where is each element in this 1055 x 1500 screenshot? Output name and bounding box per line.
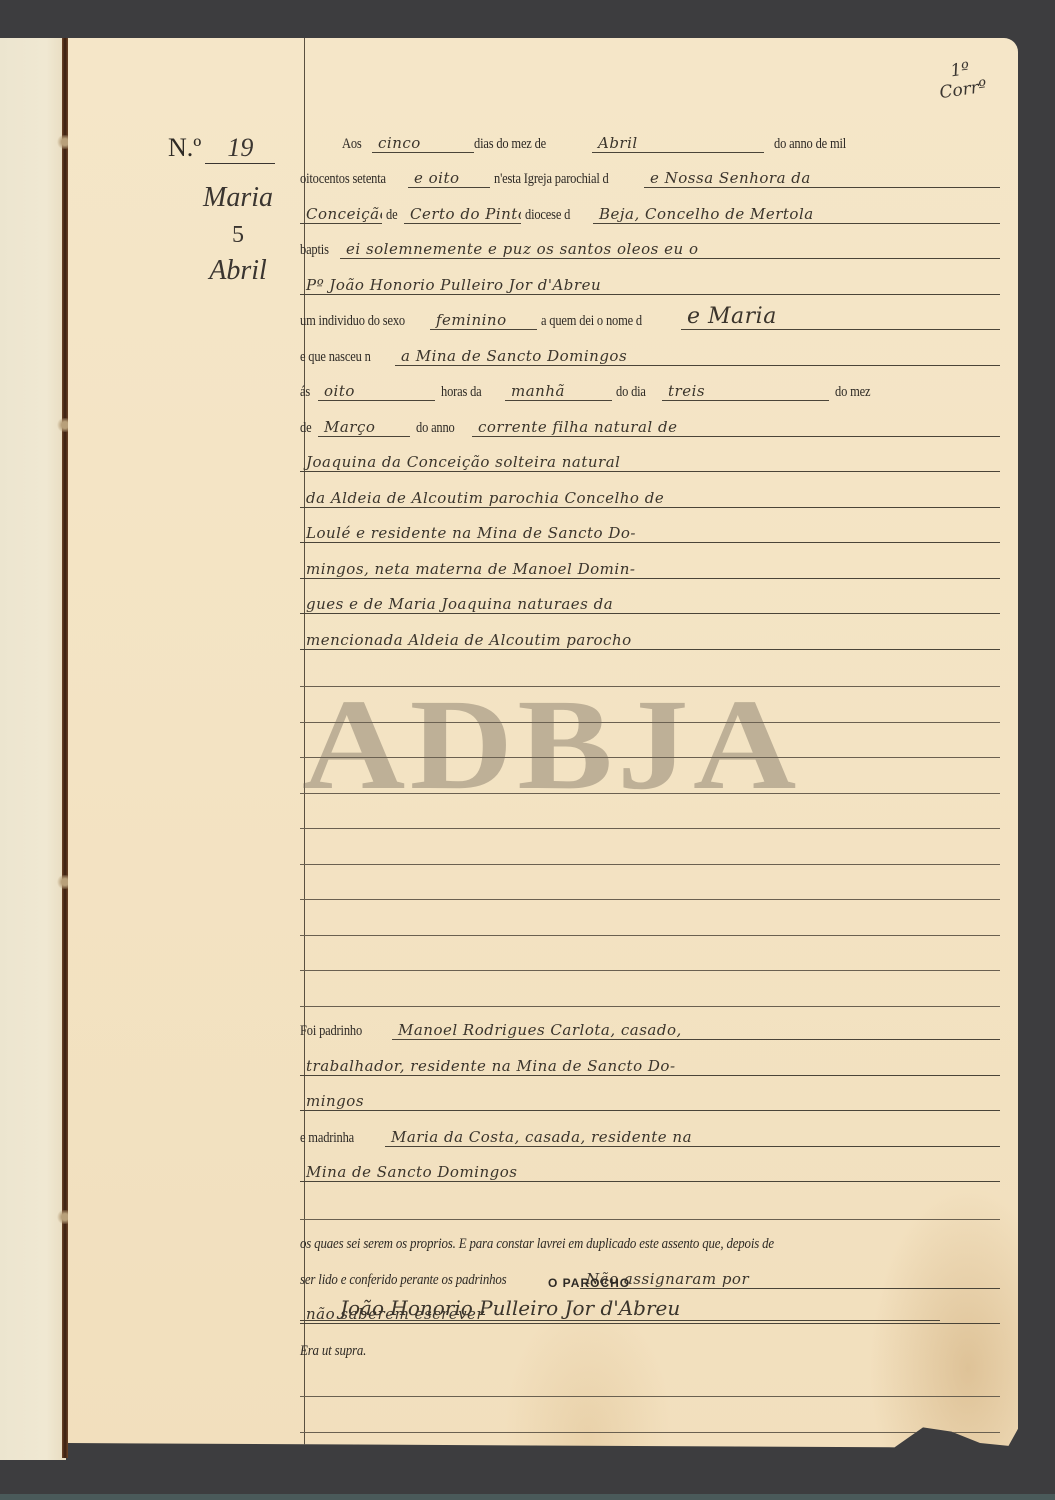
godfather-written: trabalhador, residente na Mina de Sancto… [300,1057,1000,1076]
printed-text: oitocentos setenta [300,171,393,188]
record-line-7: e que nasceu n a Mina de Sancto Domingos [300,334,1000,370]
hour-written: oito [318,382,435,401]
godfather-label: Foi padrinho [300,1023,379,1040]
printed-text: do anno de mil [774,136,846,153]
printed-text: um individuo do sexo [300,313,412,330]
margin-day: 5 [168,222,308,249]
printed-text: Aos [342,136,368,153]
month-written: Abril [592,134,764,153]
blank-ruled-line [300,1364,1000,1400]
record-line-10: Joaquina da Conceição solteira natural [300,441,1000,477]
godmother-line-2: Mina de Sancto Domingos [300,1151,1000,1187]
blank-ruled-line [300,902,1000,938]
printed-text: baptis [300,242,334,259]
scan-background-strip [0,1494,1055,1500]
handwritten-line: da Aldeia de Alcoutim parochia Concelho … [300,489,1000,508]
printed-text: dias do mez de [474,136,575,153]
record-line-11: da Aldeia de Alcoutim parochia Concelho … [300,476,1000,512]
record-line-6: um individuo do sexo feminino a quem dei… [300,299,1000,335]
godmother-written: Mina de Sancto Domingos [300,1163,1000,1182]
birthplace-written: a Mina de Sancto Domingos [395,347,1000,366]
handwritten-line: gues e de Maria Joaquina naturaes da [300,595,1000,614]
signature-note-written: Não assignaram por [580,1270,1000,1289]
margin-month: Abril [168,255,308,287]
birth-month-written: Março [318,418,410,437]
record-number-label: N.º [168,133,201,163]
printed-text: e que nasceu n [300,349,382,366]
blank-ruled-line [300,1186,1000,1222]
blank-ruled-line [300,938,1000,974]
godfather-line-2: trabalhador, residente na Mina de Sancto… [300,1044,1000,1080]
printed-text: de [386,207,401,224]
closing-line-2: ser lido e conferido perante os padrinho… [300,1257,1000,1293]
godmother-label: e madrinha [300,1130,373,1147]
record-line-8: ás oito horas da manhã do dia treis do m… [300,370,1000,406]
closing-text: ser lido e conferido perante os padrinho… [300,1272,541,1289]
day-written: cinco [372,134,474,153]
blank-ruled-line [300,1399,1000,1435]
record-number: 19 [205,133,275,164]
handwritten-line: mingos, neta materna de Manoel Domin- [300,560,1000,579]
printed-text: do anno [416,420,464,437]
blank-ruled-line [300,867,1000,903]
blank-ruled-line [300,1435,1000,1471]
margin-summary: N.º 19 Maria 5 Abril [168,133,308,287]
record-line-1: Aos cinco dias do mez de Abril do anno d… [300,121,1000,157]
printed-text: ás [300,384,315,401]
printed-text: n'esta Igreja parochial d [494,171,623,188]
parish-priest-title: O PAROCHO [548,1276,630,1290]
record-line-2: oitocentos setenta e oito n'esta Igreja … [300,157,1000,193]
godfather-written: mingos [300,1092,1000,1111]
blank-ruled-line [300,973,1000,1009]
year-written: e oito [408,169,490,188]
child-name-written: e Maria [681,304,1000,330]
sex-written: feminino [430,311,537,330]
record-line-5: Pº João Honorio Pulleiro Jor d'Abreu [300,263,1000,299]
blank-ruled-line [300,831,1000,867]
record-line-14: gues e de Maria Joaquina naturaes da [300,583,1000,619]
archive-watermark: ADBJA [302,670,801,820]
godfather-line-1: Foi padrinho Manoel Rodrigues Carlota, c… [300,1009,1000,1045]
record-line-4: baptis ei solemnemente e puz os santos o… [300,228,1000,264]
record-line-9: de Março do anno corrente filha natural … [300,405,1000,441]
godmother-line-1: e madrinha Maria da Costa, casada, resid… [300,1115,1000,1151]
parish-written: Conceição [300,205,382,224]
era-line: Era ut supra. [300,1328,1000,1364]
printed-text: de [300,420,315,437]
godmother-written: Maria da Costa, casada, residente na [385,1128,1000,1147]
corner-annotation: 1º Corrº [935,57,988,103]
place-written: Certo do Pinto [404,205,521,224]
left-page-edge [0,38,66,1460]
printed-text: horas da [441,384,496,401]
record-line-15: mencionada Aldeia de Alcoutim parocho [300,618,1000,654]
godfather-line-3: mingos [300,1080,1000,1116]
record-line-13: mingos, neta materna de Manoel Domin- [300,547,1000,583]
baptism-text-written: ei solemnemente e puz os santos oleos eu… [340,240,1000,259]
period-written: manhã [505,382,612,401]
priest-name-written: Pº João Honorio Pulleiro Jor d'Abreu [300,276,1000,295]
handwritten-line: Joaquina da Conceição solteira natural [300,453,1000,472]
printed-text: a quem dei o nome d [541,313,661,330]
record-line-3: Conceição de Certo do Pinto diocese d Be… [300,192,1000,228]
printed-text: do mez [835,384,870,401]
handwritten-line: Loulé e residente na Mina de Sancto Do- [300,524,1000,543]
godfather-written: Manoel Rodrigues Carlota, casado, [392,1021,1000,1040]
handwritten-line: mencionada Aldeia de Alcoutim parocho [300,631,1000,650]
diocese-written: Beja, Concelho de Mertola [593,205,1000,224]
printed-text: diocese d [525,207,583,224]
margin-name: Maria [168,182,308,214]
closing-line-1: os quaes sei serem os proprios. E para c… [300,1222,1000,1258]
book-binding [62,38,68,1458]
parish-priest-signature: João Honorio Pulleiro Jor d'Abreu [300,1296,940,1321]
filiation-written: corrente filha natural de [472,418,1000,437]
parish-written: e Nossa Senhora da [644,169,1000,188]
printed-text: do dia [616,384,656,401]
record-line-12: Loulé e residente na Mina de Sancto Do- [300,512,1000,548]
birth-day-written: treis [662,382,829,401]
era-ut-supra: Era ut supra. [300,1343,366,1360]
closing-text: os quaes sei serem os proprios. E para c… [300,1236,774,1253]
